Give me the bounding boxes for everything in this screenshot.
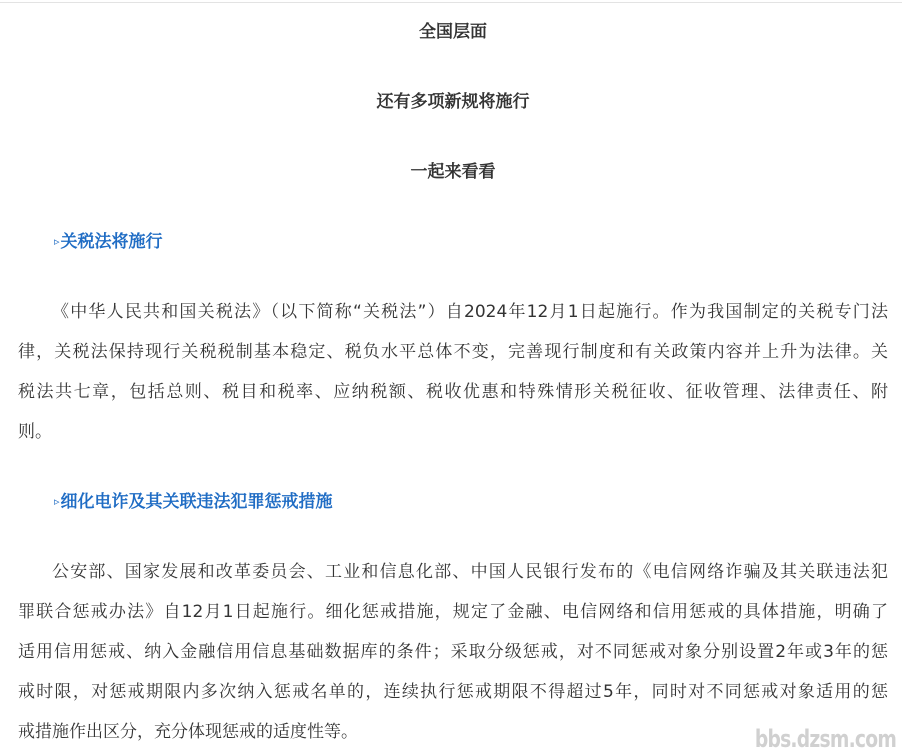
intro-line-2: 还有多项新规将施行 xyxy=(18,90,888,114)
section-heading-telecom-fraud: ▹细化电诈及其关联违法犯罪惩戒措施 xyxy=(54,490,333,514)
intro-line-3: 一起来看看 xyxy=(18,160,888,184)
paragraph-line: 律，关税法保持现行关税税制基本稳定、税负水平总体不变，完善现行制度和有关政策内容… xyxy=(18,332,888,372)
paragraph-line: 则。 xyxy=(18,412,888,452)
intro-line-1: 全国层面 xyxy=(18,20,888,44)
triangle-marker-icon: ▹ xyxy=(54,235,60,248)
triangle-marker-icon: ▹ xyxy=(54,495,60,508)
paragraph-line: 《中华人民共和国关税法》（以下简称“关税法”）自2024年12月1日起施行。作为… xyxy=(18,292,888,332)
paragraph-tariff-law: 《中华人民共和国关税法》（以下简称“关税法”）自2024年12月1日起施行。作为… xyxy=(18,292,888,452)
paragraph-telecom-fraud: 公安部、国家发展和改革委员会、工业和信息化部、中国人民银行发布的《电信网络诈骗及… xyxy=(18,552,888,752)
section-heading-text: 关税法将施行 xyxy=(61,232,163,252)
paragraph-line: 罪联合惩戒办法》自12月1日起施行。细化惩戒措施，规定了金融、电信网络和信用惩戒… xyxy=(18,592,888,632)
top-divider xyxy=(0,2,902,3)
site-watermark: bbs.dzsm.com xyxy=(755,725,896,753)
paragraph-line: 公安部、国家发展和改革委员会、工业和信息化部、中国人民银行发布的《电信网络诈骗及… xyxy=(18,552,888,592)
section-heading-tariff-law: ▹关税法将施行 xyxy=(54,230,163,254)
section-heading-text: 细化电诈及其关联违法犯罪惩戒措施 xyxy=(61,492,333,512)
paragraph-line: 戒时限，对惩戒期限内多次纳入惩戒名单的，连续执行惩戒期限不得超过5年，同时对不同… xyxy=(18,672,888,712)
paragraph-line: 税法共七章，包括总则、税目和税率、应纳税额、税收优惠和特殊情形关税征收、征收管理… xyxy=(18,372,888,412)
paragraph-line: 适用信用惩戒、纳入金融信用信息基础数据库的条件；采取分级惩戒，对不同惩戒对象分别… xyxy=(18,632,888,672)
